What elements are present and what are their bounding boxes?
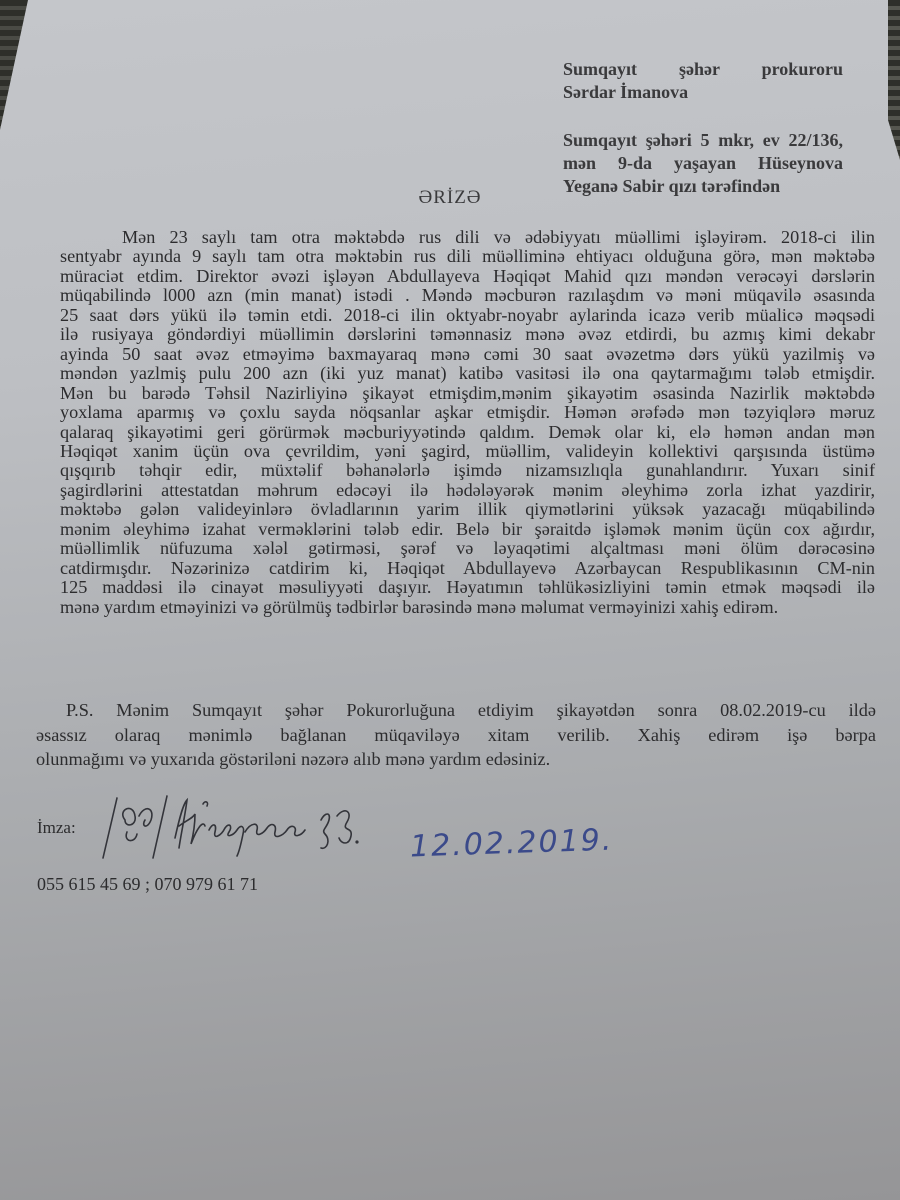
body-line: yoxlama aparmış və çoxlu sayda nöqsanlar… (60, 403, 875, 422)
body-line: 25 saat dərs yükü ilə təmin etdi. 2018-c… (60, 306, 875, 325)
body-line: mənə yardım etməyinizi və görülmüş tədbi… (60, 598, 875, 617)
body-line: müqabilində l000 azn (min manat) istədi … (60, 286, 875, 305)
document-page: Sumqayıt şəhər prokuroru Sərdar İmanova … (0, 0, 900, 1200)
handwritten-signature (95, 790, 385, 865)
body-line: Mən 23 saylı tam otra məktəbdə rus dili … (60, 228, 875, 247)
contact-phones: 055 615 45 69 ; 070 979 61 71 (37, 874, 258, 895)
postscript-paragraph: P.S. Mənim Sumqayıt şəhər Pokurorluğuna … (36, 698, 876, 772)
recipient-line: Sumqayıt şəhər prokuroru (563, 58, 843, 81)
ps-line: P.S. Mənim Sumqayıt şəhər Pokurorluğuna … (36, 698, 876, 723)
body-line: sentyabr ayında 9 saylı tam otra məktəbi… (60, 247, 875, 266)
handwritten-date: 12.02.2019. (409, 822, 613, 864)
document-title: ƏRİZƏ (0, 187, 900, 209)
ps-line: əsassız olaraq mənimlə bağlanan müqavilə… (36, 723, 876, 748)
body-line: Mən bu barədə Təhsil Nazirliyinə şikayət… (60, 384, 875, 403)
body-line: ayinda 50 saat əvəz etməyimə baxmayaraq … (60, 345, 875, 364)
address-block: Sumqayıt şəhər prokuroru Sərdar İmanova … (563, 58, 843, 198)
recipient-line: Sərdar İmanova (563, 81, 843, 104)
body-paragraph: Mən 23 saylı tam otra məktəbdə rus dili … (60, 228, 875, 617)
body-line: məktəbə gələn valideyinlərə övladlarının… (60, 500, 875, 519)
body-line: catdirmışdır. Nəzərinizə catdirim ki, Hə… (60, 559, 875, 578)
body-line: məndən yazlmiş pulu 200 azn (iki yuz man… (60, 364, 875, 383)
ps-line: olunmağımı və yuxarıda göstəriləni nəzər… (36, 747, 876, 772)
body-line: şagirdlərini attestatdan məhrum edəcəyi … (60, 481, 875, 500)
sender-line: mən 9-da yaşayan Hüseynova (563, 152, 843, 175)
body-line: ilə rusiyaya göndərdiyi müəllimin dərslə… (60, 325, 875, 344)
body-line: qalaraq şikayətimi geri görürmək məcburi… (60, 423, 875, 442)
body-line: müəllimlik nüfuzuma xələl gətirməsi, şər… (60, 539, 875, 558)
body-line: müraciət etdim. Direktor əvəzi işləyən A… (60, 267, 875, 286)
body-line: mənim əleyhimə izahat verməklərini tələb… (60, 520, 875, 539)
sender-line: Sumqayıt şəhəri 5 mkr, ev 22/136, (563, 129, 843, 152)
body-line: 125 maddəsi ilə cinayət məsuliyyəti daşı… (60, 578, 875, 597)
body-line: Həqiqət xanim üçün ova çevrildim, yəni ş… (60, 442, 875, 461)
body-line: qışqırıb təhqir edir, müxtəlif bəhanələr… (60, 461, 875, 480)
signature-label: İmza: (37, 818, 76, 838)
